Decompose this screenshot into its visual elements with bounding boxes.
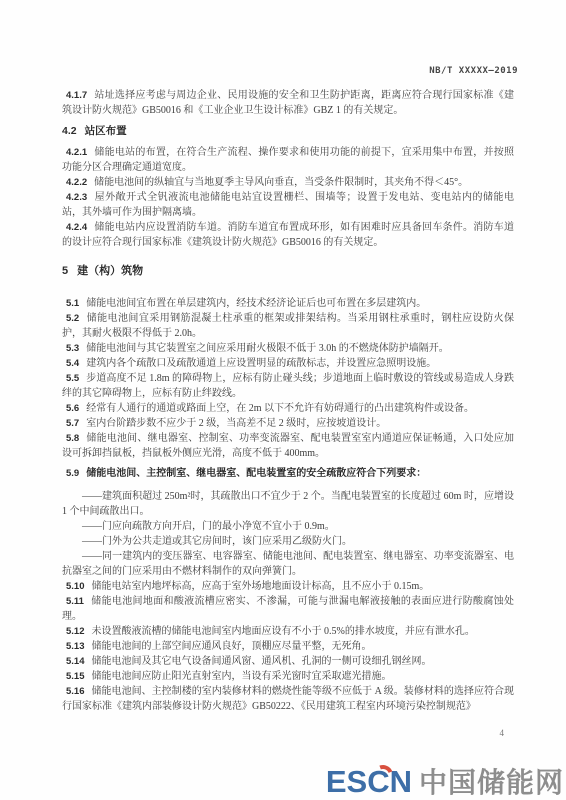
escn-logo-n: N [390,764,412,799]
clause-text: ——门应向疏散方向开启，门的最小净宽不宜小于 0.9m。 [82,521,335,532]
clause-number: 5 [62,265,68,277]
clause-paragraph: 5.6经常有人通行的通道或路面上空，在 2m 以下不允许有妨碍通行的凸出建筑构件… [62,401,514,416]
clause-paragraph: 5.8储能电池间、继电器室、控制室、功率变流器室、配电装置室室内通道应保证畅通，… [62,431,514,461]
clause-paragraph: 5.5步道高度不足 1.8m 的障碍物上，应标有防止碰头线；步道地面上临时敷设的… [62,371,514,401]
clause-paragraph: 4.2.1储能电站的布置，在符合生产流程、操作要求和使用功能的前提下，宜采用集中… [62,145,514,175]
clause-number: 5.11 [66,596,84,607]
clause-number: 5.2 [66,313,79,324]
clause-paragraph: 4.2.4储能电站内应设置消防车道。消防车道宜布置成环形，如有困难时应具备回车条… [62,220,514,250]
clause-text: 储能电池间应防止阳光直射室内，当设有采光窗时宜采取遮光措施。 [92,671,392,682]
clause-number: 5.6 [66,403,79,414]
clause-number: 5.1 [66,298,79,309]
clause-text: 步道高度不足 1.8m 的障碍物上，应标有防止碰头线；步道地面上临时敷设的管线或… [62,373,514,399]
section-heading: 5建（构）筑物 [62,264,514,279]
clause-number: 5.8 [66,433,79,444]
clause-text: 站址选择应考虑与周边企业、民用设施的安全和卫生防护距离，距离应符合现行国家标准《… [62,90,514,116]
clause-text: 储能电池间、主控制室、继电器室、配电装置室的安全疏散应符合下列要求： [86,468,426,479]
document-page: NB/T XXXXX—2019 4.1.7站址选择应考虑与周边企业、民用设施的安… [0,0,566,800]
escn-logo-es: ES [326,764,367,799]
clause-paragraph: 5.2储能电池间宜采用钢筋混凝土柱承重的框架或排架结构。当采用钢柱承重时，钢柱应… [62,311,514,341]
clause-paragraph: 5.11储能电池间地面和酸液流槽应密实、不渗漏，可能与泄漏电解液接触的表面应进行… [62,594,514,624]
document-content: 4.1.7站址选择应考虑与周边企业、民用设施的安全和卫生防护距离，距离应符合现行… [62,88,514,714]
clause-text: 建筑内各个疏散口及疏散通道上应设置明显的疏散标志，并设置应急照明设施。 [86,358,436,369]
clause-number: 4.1.7 [66,90,87,101]
clause-text: 储能电池间地面和酸液流槽应密实、不渗漏，可能与泄漏电解液接触的表面应进行防酸腐蚀… [62,596,514,622]
clause-text: 储能电池间的上部空间应通风良好，顶棚应尽量平整，无死角。 [92,641,372,652]
clause-number: 5.9 [66,468,79,479]
clause-text: 储能电池间、继电器室、控制室、功率变流器室、配电装置室室内通道应保证畅通，入口处… [62,433,514,459]
clause-text: 室内台阶踏步数不应少于 2 级，当高差不足 2 级时，应按坡道设计。 [86,418,386,429]
dash-list-item: ——建筑面积超过 250m²时，其疏散出口不宜少于 2 个。当配电装置室的长度超… [62,489,514,519]
page-number: 4 [500,728,505,738]
clause-paragraph: 5.13储能电池间的上部空间应通风良好，顶棚应尽量平整，无死角。 [62,639,514,654]
escn-logo-c-red-accent-icon: C [367,766,389,797]
clause-text: 储能电池间及其它电气设备间通风窗、通风机、孔洞的一侧可设细孔钢丝网。 [92,656,432,667]
clause-number: 4.2.3 [66,192,87,203]
clause-text: 站区布置 [85,125,127,137]
clause-text: 储能电池间与其它装置室之间应采用耐火极限不低于 3.0h 的不燃烧体防护墙隔开。 [86,343,449,354]
clause-number: 5.10 [66,581,85,592]
escn-logo-chinese: 中国储能网 [419,769,564,797]
clause-paragraph: 5.12未设置酸液流槽的储能电池间室内地面应设有不小于 0.5%的排水坡度，并应… [62,624,514,639]
clause-paragraph: 5.16储能电池间、主控制楼的室内装修材料的燃烧性能等级不应低于 A 级。装修材… [62,684,514,714]
dash-list-item: ——门外为公共走道或其它房间时，该门应采用乙级防火门。 [62,534,514,549]
clause-number: 4.2.1 [66,147,87,158]
clause-paragraph: 5.7室内台阶踏步数不应少于 2 级，当高差不足 2 级时，应按坡道设计。 [62,416,514,431]
dash-list-item: ——门应向疏散方向开启，门的最小净宽不宜小于 0.9m。 [62,519,514,534]
clause-number: 4.2.4 [66,222,87,233]
clause-text: 储能电站内应设置消防车道。消防车道宜布置成环形，如有困难时应具备回车条件。消防车… [62,222,514,248]
clause-text: 储能电站的布置，在符合生产流程、操作要求和使用功能的前提下，宜采用集中布置，并按… [62,147,514,173]
clause-number: 4.2 [62,125,77,137]
clause-number: 5.13 [66,641,85,652]
clause-number: 5.3 [66,343,79,354]
escn-logo: ESCN 中国储能网 [326,766,564,797]
clause-paragraph: 5.14储能电池间及其它电气设备间通风窗、通风机、孔洞的一侧可设细孔钢丝网。 [62,654,514,669]
clause-text: ——门外为公共走道或其它房间时，该门应采用乙级防火门。 [82,536,352,547]
clause-paragraph: 5.9储能电池间、主控制室、继电器室、配电装置室的安全疏散应符合下列要求： [62,466,514,481]
clause-paragraph: 4.2.2储能电池间的纵轴宜与当地夏季主导风向垂直，当受条件限制时，其夹角不得＜… [62,175,514,190]
paragraph-list: 4.1.7站址选择应考虑与周边企业、民用设施的安全和卫生防护距离，距离应符合现行… [62,88,514,714]
clause-paragraph: 4.1.7站址选择应考虑与周边企业、民用设施的安全和卫生防护距离，距离应符合现行… [62,88,514,118]
clause-text: 储能电站室内地坪标高，应高于室外场地地面设计标高，且不应小于 0.15m。 [92,581,430,592]
clause-text: 经常有人通行的通道或路面上空，在 2m 以下不允许有妨碍通行的凸出建筑构件或设备… [86,403,474,414]
clause-paragraph: 5.4建筑内各个疏散口及疏散通道上应设置明显的疏散标志，并设置应急照明设施。 [62,356,514,371]
clause-paragraph: 5.10储能电站室内地坪标高，应高于室外场地地面设计标高，且不应小于 0.15m… [62,579,514,594]
clause-text: ——同一建筑内的变压器室、电容器室、储能电池间、配电装置室、继电器室、功率变流器… [62,551,514,577]
clause-number: 5.16 [66,686,85,697]
clause-text: ——建筑面积超过 250m²时，其疏散出口不宜少于 2 个。当配电装置室的长度超… [62,491,514,517]
clause-number: 5.12 [66,626,85,637]
clause-number: 5.15 [66,671,85,682]
clause-paragraph: 5.15储能电池间应防止阳光直射室内，当设有采光窗时宜采取遮光措施。 [62,669,514,684]
section-heading: 4.2站区布置 [62,124,514,139]
clause-paragraph: 4.2.3屋外敞开式全钒液流电池储能电站宜设置栅栏、围墙等；设置于发电站、变电站… [62,190,514,220]
clause-paragraph: 5.3储能电池间与其它装置室之间应采用耐火极限不低于 3.0h 的不燃烧体防护墙… [62,341,514,356]
clause-text: 未设置酸液流槽的储能电池间室内地面应设有不小于 0.5%的排水坡度，并应有泄水孔… [92,626,475,637]
clause-number: 4.2.2 [66,177,87,188]
clause-number: 5.4 [66,358,79,369]
clause-text: 建（构）筑物 [77,265,143,277]
escn-logo-latin: ESCN [326,766,412,797]
clause-number: 5.5 [66,373,79,384]
dash-list-item: ——同一建筑内的变压器室、电容器室、储能电池间、配电装置室、继电器室、功率变流器… [62,549,514,579]
clause-number: 5.14 [66,656,85,667]
clause-text: 储能电池间宜采用钢筋混凝土柱承重的框架或排架结构。当采用钢柱承重时，钢柱应设防火… [62,313,514,339]
clause-text: 储能电池间、主控制楼的室内装修材料的燃烧性能等级不应低于 A 级。装修材料的选择… [62,686,514,712]
clause-text: 储能电池间宜布置在单层建筑内，经技术经济论证后也可布置在多层建筑内。 [86,298,426,309]
clause-number: 5.7 [66,418,79,429]
clause-paragraph: 5.1储能电池间宜布置在单层建筑内，经技术经济论证后也可布置在多层建筑内。 [62,296,514,311]
clause-text: 储能电池间的纵轴宜与当地夏季主导风向垂直，当受条件限制时，其夹角不得＜45°。 [94,177,468,188]
clause-text: 屋外敞开式全钒液流电池储能电站宜设置栅栏、围墙等；设置于发电站、变电站内的储能电… [62,192,514,218]
standard-number-header: NB/T XXXXX—2019 [429,66,518,76]
